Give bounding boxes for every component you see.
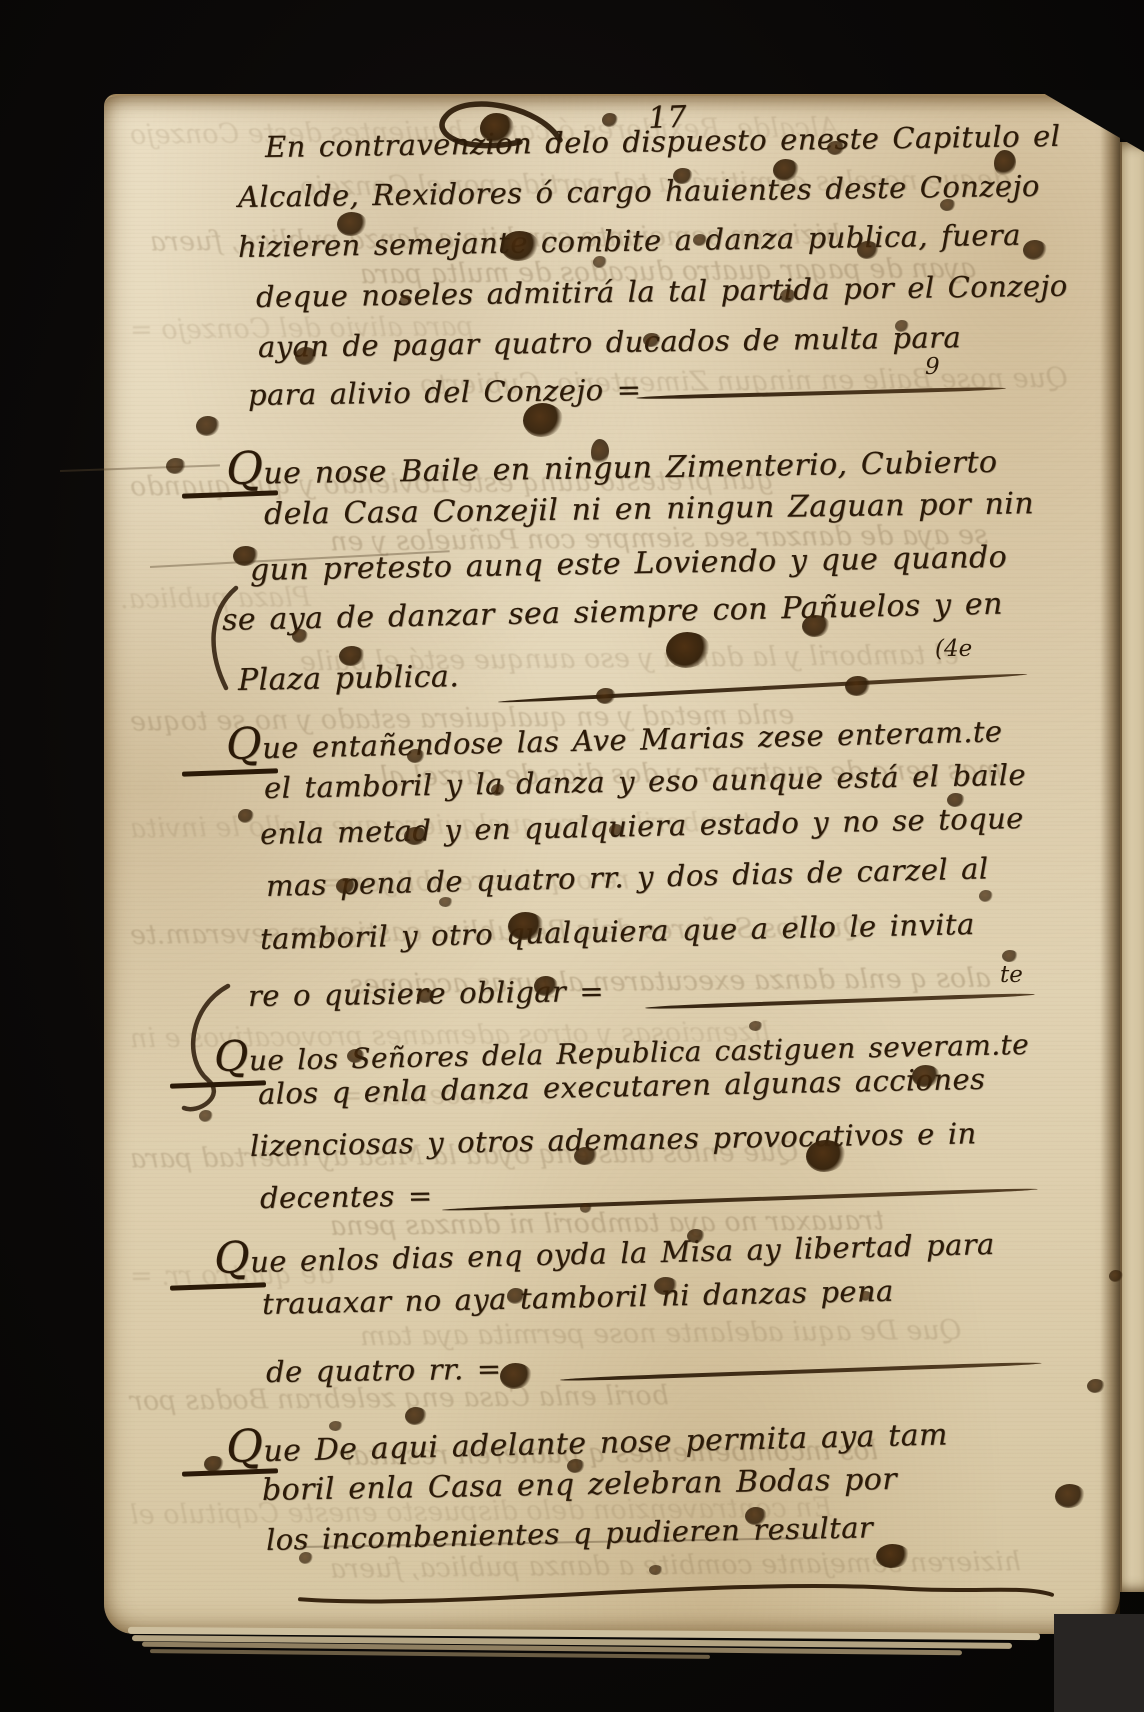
photo-background: Alcalde, Rexidores ó cargo hauientes des… — [0, 0, 1144, 1712]
background-patch — [1054, 1614, 1144, 1712]
fold-crease — [1100, 96, 1120, 1616]
manuscript-page — [104, 94, 1120, 1634]
adjacent-page-edge — [1120, 142, 1144, 1592]
